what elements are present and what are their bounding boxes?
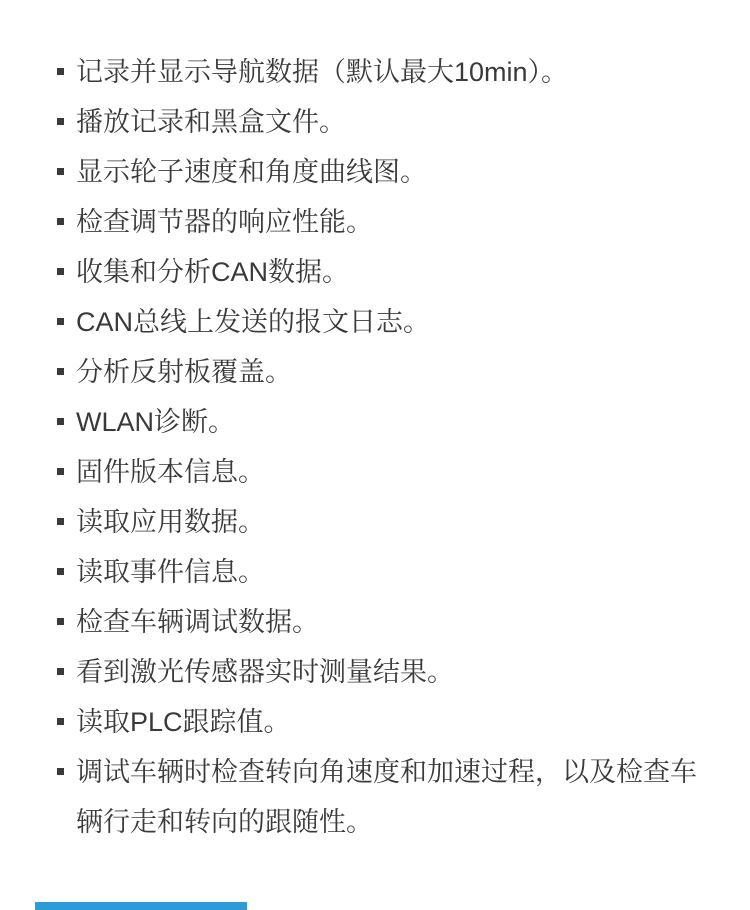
list-item: 分析反射板覆盖。 bbox=[57, 347, 716, 397]
bullet-square-icon bbox=[57, 418, 64, 425]
bottom-accent-bar bbox=[35, 902, 247, 910]
bullet-square-icon bbox=[57, 268, 64, 275]
list-item-text: 检查车辆调试数据。 bbox=[76, 597, 716, 647]
list-item: 固件版本信息。 bbox=[57, 447, 716, 497]
list-item-text: 读取PLC跟踪值。 bbox=[76, 697, 716, 747]
bullet-square-icon bbox=[57, 568, 64, 575]
list-item: WLAN诊断。 bbox=[57, 397, 716, 447]
list-item-text: 播放记录和黑盒文件。 bbox=[76, 97, 716, 147]
list-item: 检查车辆调试数据。 bbox=[57, 597, 716, 647]
list-item: 显示轮子速度和角度曲线图。 bbox=[57, 147, 716, 197]
list-item-text: 调试车辆时检查转向角速度和加速过程，以及检查车辆行走和转向的跟随性。 bbox=[76, 747, 716, 847]
list-item: 读取PLC跟踪值。 bbox=[57, 697, 716, 747]
list-item-text: 固件版本信息。 bbox=[76, 447, 716, 497]
list-item: 读取应用数据。 bbox=[57, 497, 716, 547]
list-item-text: 分析反射板覆盖。 bbox=[76, 347, 716, 397]
list-item: 调试车辆时检查转向角速度和加速过程，以及检查车辆行走和转向的跟随性。 bbox=[57, 747, 716, 847]
bullet-square-icon bbox=[57, 368, 64, 375]
list-item-text: 显示轮子速度和角度曲线图。 bbox=[76, 147, 716, 197]
list-item: 收集和分析CAN数据。 bbox=[57, 247, 716, 297]
list-item-text: 读取事件信息。 bbox=[76, 547, 716, 597]
bullet-square-icon bbox=[57, 218, 64, 225]
list-item-text: WLAN诊断。 bbox=[76, 397, 716, 447]
list-item-text: 记录并显示导航数据（默认最大10min）。 bbox=[76, 47, 716, 97]
list-item: 播放记录和黑盒文件。 bbox=[57, 97, 716, 147]
list-item-text: 读取应用数据。 bbox=[76, 497, 716, 547]
bullet-square-icon bbox=[57, 718, 64, 725]
bullet-square-icon bbox=[57, 618, 64, 625]
bullet-square-icon bbox=[57, 468, 64, 475]
list-item: 记录并显示导航数据（默认最大10min）。 bbox=[57, 47, 716, 97]
list-item: 读取事件信息。 bbox=[57, 547, 716, 597]
bullet-square-icon bbox=[57, 168, 64, 175]
bullet-square-icon bbox=[57, 318, 64, 325]
bullet-square-icon bbox=[57, 668, 64, 675]
list-item-text: 看到激光传感器实时测量结果。 bbox=[76, 647, 716, 697]
content-area: 记录并显示导航数据（默认最大10min）。 播放记录和黑盒文件。 显示轮子速度和… bbox=[0, 0, 750, 910]
list-item: 看到激光传感器实时测量结果。 bbox=[57, 647, 716, 697]
list-item: CAN总线上发送的报文日志。 bbox=[57, 297, 716, 347]
bullet-square-icon bbox=[57, 768, 64, 775]
list-item: 检查调节器的响应性能。 bbox=[57, 197, 716, 247]
list-item-text: 收集和分析CAN数据。 bbox=[76, 247, 716, 297]
bullet-square-icon bbox=[57, 518, 64, 525]
list-item-text: 检查调节器的响应性能。 bbox=[76, 197, 716, 247]
feature-list: 记录并显示导航数据（默认最大10min）。 播放记录和黑盒文件。 显示轮子速度和… bbox=[0, 0, 750, 847]
bullet-square-icon bbox=[57, 68, 64, 75]
list-item-text: CAN总线上发送的报文日志。 bbox=[76, 297, 716, 347]
bullet-square-icon bbox=[57, 118, 64, 125]
